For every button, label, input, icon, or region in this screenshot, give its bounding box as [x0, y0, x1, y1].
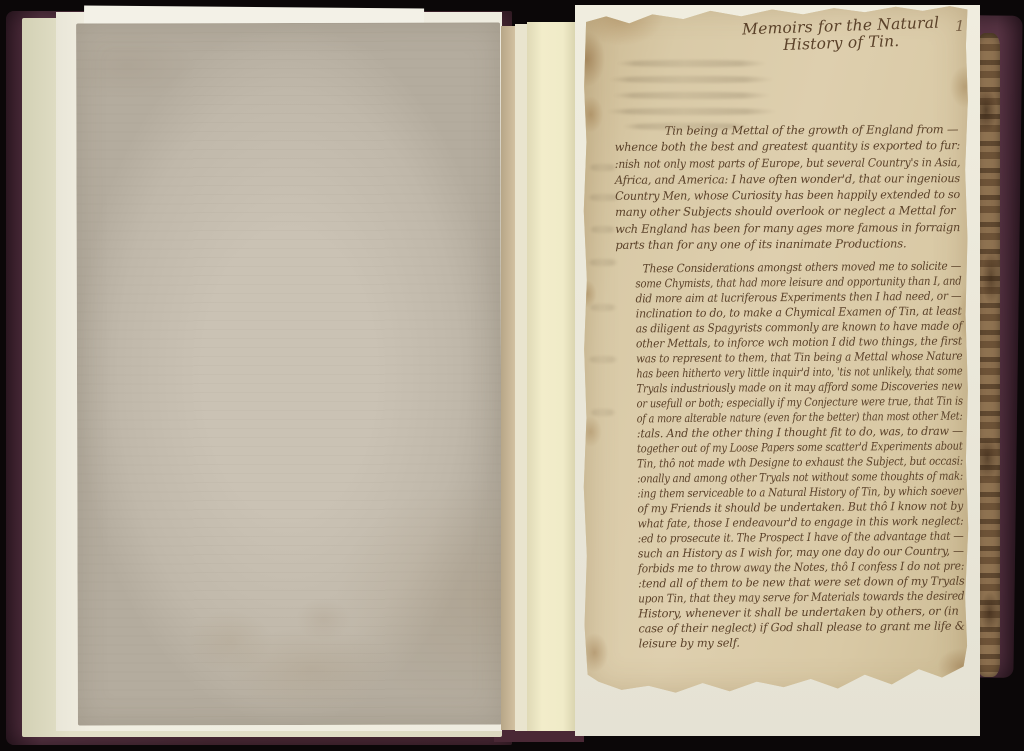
bleedthrough-line [607, 108, 777, 115]
manuscript-paragraph-1: Tin being a Mettal of the growth of Engl… [615, 121, 961, 253]
bleedthrough-line [590, 226, 616, 233]
manuscript-line: Tin being a Mettal of the growth of Engl… [615, 121, 960, 139]
manuscript-line: :nish not only most parts of Europe, but… [615, 154, 936, 172]
manuscript-line: upon Tin, that they may serve for Materi… [638, 589, 935, 607]
left-blank-page [76, 22, 502, 725]
manuscript-paragraph-2: These Considerations amongst others move… [635, 259, 964, 652]
gutter-guard-page [527, 22, 577, 731]
bleedthrough-line [590, 409, 616, 416]
fore-edge-page-stack [977, 33, 1000, 677]
photo-open-book: Memoirs for the Natural History of Tin. … [0, 0, 1024, 751]
manuscript-line: parts than for any one of its inanimate … [615, 235, 960, 253]
manuscript-title: Memoirs for the Natural History of Tin. [720, 14, 961, 56]
gutter-stub-strip-1 [501, 26, 515, 730]
page-number: 1 [955, 17, 965, 35]
bleedthrough-line [588, 259, 618, 266]
bleedthrough-line [589, 164, 617, 171]
gutter-stub-strip-2 [515, 24, 527, 731]
manuscript-line: leisure by my self. [639, 634, 965, 652]
bleedthrough-line [613, 92, 771, 99]
manuscript-page: Memoirs for the Natural History of Tin. … [583, 4, 969, 694]
bleedthrough-line [588, 356, 618, 363]
bleedthrough-line [589, 304, 617, 311]
manuscript-line: many other Subjects should overlook or n… [615, 203, 960, 221]
manuscript-line: whence both the best and greatest quanti… [615, 137, 954, 155]
bleedthrough-line [609, 76, 774, 83]
manuscript-line: case of their neglect) if God shall plea… [638, 619, 963, 637]
manuscript-line: Country Men, whose Curiosity has been ha… [615, 186, 948, 204]
bleedthrough-line [617, 60, 767, 67]
manuscript-line: Africa, and America: I have often wonder… [615, 170, 952, 188]
manuscript-line: wch England has been for many ages more … [615, 219, 953, 237]
